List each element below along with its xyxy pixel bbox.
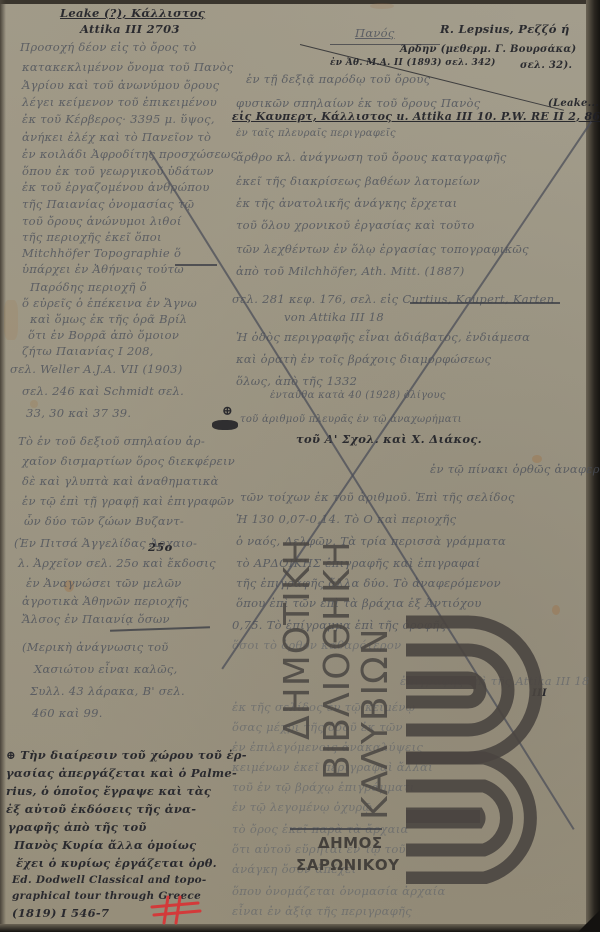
underline-mark — [175, 264, 217, 266]
text-line: φυσικῶν σπηλαίων ἐκ τοῦ ὄρους Πανὸς — [236, 96, 481, 110]
footnote-line: Πανὸς Κυρία ἄλλα ὁμοίως — [14, 838, 196, 852]
text-line: ὧν δύο τῶν ζώων Βυζαντ- — [24, 514, 184, 528]
text-line: ἐν Ἀναγνώσει τῶν μελῶν — [26, 576, 182, 590]
text-line: κατακεκλιμένον ὄνομα τοῦ Πανὸς — [22, 60, 234, 74]
red-hash-mark — [150, 895, 202, 925]
text-line: Ἀγρίου καὶ τοῦ ἀνωνύμου ὄρους — [22, 78, 219, 92]
watermark-saronikou: ΣΑΡΩΝΙΚΟΥ — [296, 856, 399, 874]
header-note-pan-label: Πανός — [355, 26, 395, 40]
scribble-blot — [212, 420, 238, 430]
text-line: ἐν ταῖς πλευραῖς περιγραφεῖς — [236, 128, 396, 139]
header-ref-lepsius: R. Lepsius, Ρεζζό ή — [440, 22, 570, 36]
text-line: (Μερικὴ ἀνάγνωσις τοῦ — [22, 640, 169, 654]
text-line: ὅπου ἐκ τοῦ γεωργικοῦ ὑδάτων — [22, 164, 214, 178]
text-line: ὅπου ἐπὶ τῶν ἐπὶ τὰ βράχια ἐξ Ἀντιόχου — [236, 596, 482, 610]
header-note-top-left: Leake (?), Κάλλιστος — [60, 6, 205, 20]
degree-note: 25ο — [148, 540, 173, 554]
page-edge-bottom — [0, 924, 600, 932]
foxing-stain — [4, 300, 18, 340]
watermark-dimos: ΔΗΜΟΣ — [318, 834, 383, 852]
text-line: Mitchhöfer Topographie ὅ — [22, 246, 181, 260]
text-line: ὅ εὐρεῖς ὁ ἐπέκεινα ἐν Ἄγνω — [22, 296, 197, 310]
text-line: ἐκ τῆς ἀνατολικῆς ἀνάγκης ἔρχεται — [236, 196, 457, 210]
text-line: ἀνήκει ἐλέχ καὶ τὸ Πανεῖον τὸ — [22, 130, 211, 144]
text-line: Ἡ 130 0,07-0,14. Τὸ Ο καὶ περιοχῆς — [236, 512, 456, 526]
watermark-line-kalyvion: ΚΑΛΥΒΙΩΝ — [358, 660, 394, 820]
underline-mark — [290, 828, 382, 830]
footnote-line: γασίας ἀπεργάζεται καὶ ὁ Palme- — [6, 766, 237, 780]
text-line: von Attika III 18 — [284, 310, 384, 324]
text-line: τοῦ Α' Σχολ. καὶ Χ. Διάκος. — [296, 432, 482, 446]
text-line: Χασιώτου εἶναι καλῶς, — [34, 662, 178, 676]
text-line: Ἡ ὁδὸς περιγραφῆς εἶναι ἀδιάβατος, ἐνδιά… — [236, 330, 530, 344]
text-line: Τὸ ἐν τοῦ δεξιοῦ σπηλαίου ἀρ- — [18, 434, 205, 448]
text-line: τῶν λεχθέντων ἐν ὅλῳ ἐργασίας τοπογραφικ… — [236, 242, 529, 256]
theta-mark: ⊕ — [222, 404, 233, 419]
text-line: καὶ ὅμως ἐκ τῆς ὁρᾶ Βρίλ — [30, 312, 187, 326]
watermark-line-dimotiki: ΔΗΜΟΤΙΚΗ — [280, 580, 316, 740]
header-ref-page: σελ. 32). — [520, 60, 572, 71]
text-line: σελ. 246 καὶ Schmidt σελ. — [22, 384, 184, 398]
header-ref-journal: ἐν Ἀθ. Μ.Α. ΙΙ (1893) σελ. 342) — [330, 58, 496, 68]
footnote-line: ἔχει ὁ κυρίως ἐργάζεται ὀρθ. — [16, 856, 217, 870]
page-edge-top — [0, 0, 600, 4]
footnote-line: Ed. Dodwell Classical and topo- — [12, 874, 207, 886]
text-line: τὸ ΑΡΔΟΙΚΗΣ ἐπιγραφῆς καὶ ἐπιγραφαί — [236, 556, 480, 570]
text-line: τοῦ ὄρους ἀνώνυμοι λιθοί — [22, 214, 182, 228]
text-line: εἶναι ἐν ἀξίᾳ τῆς περιγραφῆς — [232, 904, 412, 918]
library-logo-icon — [398, 612, 570, 884]
footnote-line: (1819) I 546-7 — [12, 906, 109, 920]
manuscript-page: Leake (?), Κάλλιστος Attika III 2703 Παν… — [0, 0, 600, 932]
text-line: τῆς Παιανίας ὀνομασίας τῷ — [22, 197, 194, 211]
watermark-line-vivliothiki: ΒΙΒΛΙΟΘΗΚΗ — [320, 580, 356, 780]
text-line: δὲ καὶ γλυπτὰ καὶ ἀναθηματικὰ — [22, 474, 219, 488]
text-line: ὑπάρχει ἐν Ἀθήναις τούτω — [22, 262, 184, 276]
text-line: τῆς περιοχῆς ἐκεῖ ὅποι — [22, 230, 162, 244]
text-line: σελ. 281 κεφ. 176, σελ. εἰς Curtius, Kau… — [232, 292, 554, 306]
text-line: τοῦ ὅλου χρονικοῦ ἐργασίας καὶ τοῦτο — [236, 218, 475, 232]
text-line: ἐν κοιλάδι Ἀφροδίτης προσχώσεως — [22, 147, 237, 161]
text-line: ἐν τῷ λεγομένῳ ὀχυρῷ — [232, 800, 372, 814]
text-line: χαῖον δισμαρτίων ὅρος διεκφέρειν — [22, 454, 235, 468]
header-ref-translation: Άρδην (μεθερμ. Γ. Βουρσάκα) — [400, 44, 576, 55]
footnote-line: γραφῆς ἀπὸ τῆς τοῦ — [8, 820, 147, 834]
text-line: ἐκ τοῦ ἐργαζομένου ἀνθρώπου — [22, 180, 210, 194]
text-line: ἐκεῖ τῆς διακρίσεως βαθέων λατομείων — [236, 174, 480, 188]
text-line: ἀπὸ τοῦ Milchhöfer, Ath. Mitt. (1887) — [236, 264, 465, 278]
text-line: ἐνταῦθα κατὰ 40 (1928) ὀλίγους — [270, 390, 446, 401]
text-line: Παρόδης περιοχῆ ὄ — [30, 280, 147, 294]
footnote-line: rius, ὁ ὁποῖος ἔγραψε καὶ τὰς — [6, 784, 211, 798]
underline-stroke — [330, 44, 440, 45]
text-line: Προσοχή δέον εἰς τὸ ὄρος τὸ — [20, 40, 196, 54]
header-note-top-left-sub: Attika III 2703 — [80, 22, 180, 36]
text-line: ἀγροτικὰ Ἀθηνῶν περιοχῆς — [22, 594, 189, 608]
text-line: λ. Ἀρχεῖον σελ. 25ο καὶ ἔκδοσις — [18, 556, 216, 570]
page-corner-cut — [578, 910, 600, 932]
text-line: καὶ ὁρατὴ ἐν τοῖς βράχοις διαμορφώσεως — [236, 352, 491, 366]
text-line: ἐκ τοῦ Κέρβερος· 3395 μ. ὕψος, — [22, 112, 215, 126]
footnote-line: ἐξ αὐτοῦ ἐκδόσεις τῆς ἀνα- — [6, 802, 196, 816]
header-ref-kaupert: εἰς Καυπερτ, Κάλλιστος u. Attika III 10.… — [232, 110, 600, 123]
text-line: τοῦ ἀριθμοῦ πλευρᾶς ἐν τῷ ἀναχωρήματι — [240, 414, 462, 425]
text-line: ζήτω Παιανίας I 208, — [22, 344, 154, 358]
text-line: ἐν τῇ δεξιᾷ παρόδῳ τοῦ ὄρους — [246, 72, 430, 86]
text-line: ὅτι ἐν Βορρᾶ ἀπὸ ὅμοιον — [28, 328, 179, 342]
text-line: ἐν τῷ πίνακι ὁρθῶς ἀναφερθέν — [430, 462, 600, 476]
text-line: Συλλ. 43 λάρακα, Β' σελ. — [30, 684, 185, 698]
foxing-stain — [370, 3, 394, 9]
text-line: 460 καὶ 99. — [32, 706, 103, 720]
text-line: τῶν τοίχων ἐκ τοῦ ἀριθμοῦ. Ἐπὶ τῆς σελίδ… — [240, 490, 515, 504]
text-line: ἄρθρο κλ. ἀνάγνωση τοῦ ὄρους καταγραφῆς — [236, 150, 507, 164]
text-line: ἐν τῷ ἐπὶ τῇ γραφῇ καὶ ἐπιγραφῶν — [22, 494, 234, 508]
text-line: ὅπου ὀνομάζεται ὀνομασία ἀρχαία — [232, 884, 446, 898]
text-line: Ἄλσος ἐν Παιανίᾳ ὅσων — [22, 612, 170, 626]
text-line: σελ. Weller A.J.A. VII (1903) — [10, 362, 183, 376]
footnote-line: ⊕ Τὴν διαίρεσιν τοῦ χώρου τοῦ ἐρ- — [6, 748, 247, 762]
text-line: 33, 30 καὶ 37 39. — [26, 406, 131, 420]
text-line: λέγει κείμενον τοῦ ἐπικειμένου — [22, 95, 217, 109]
section-divider — [110, 626, 210, 631]
strikethrough-mark — [410, 302, 560, 304]
